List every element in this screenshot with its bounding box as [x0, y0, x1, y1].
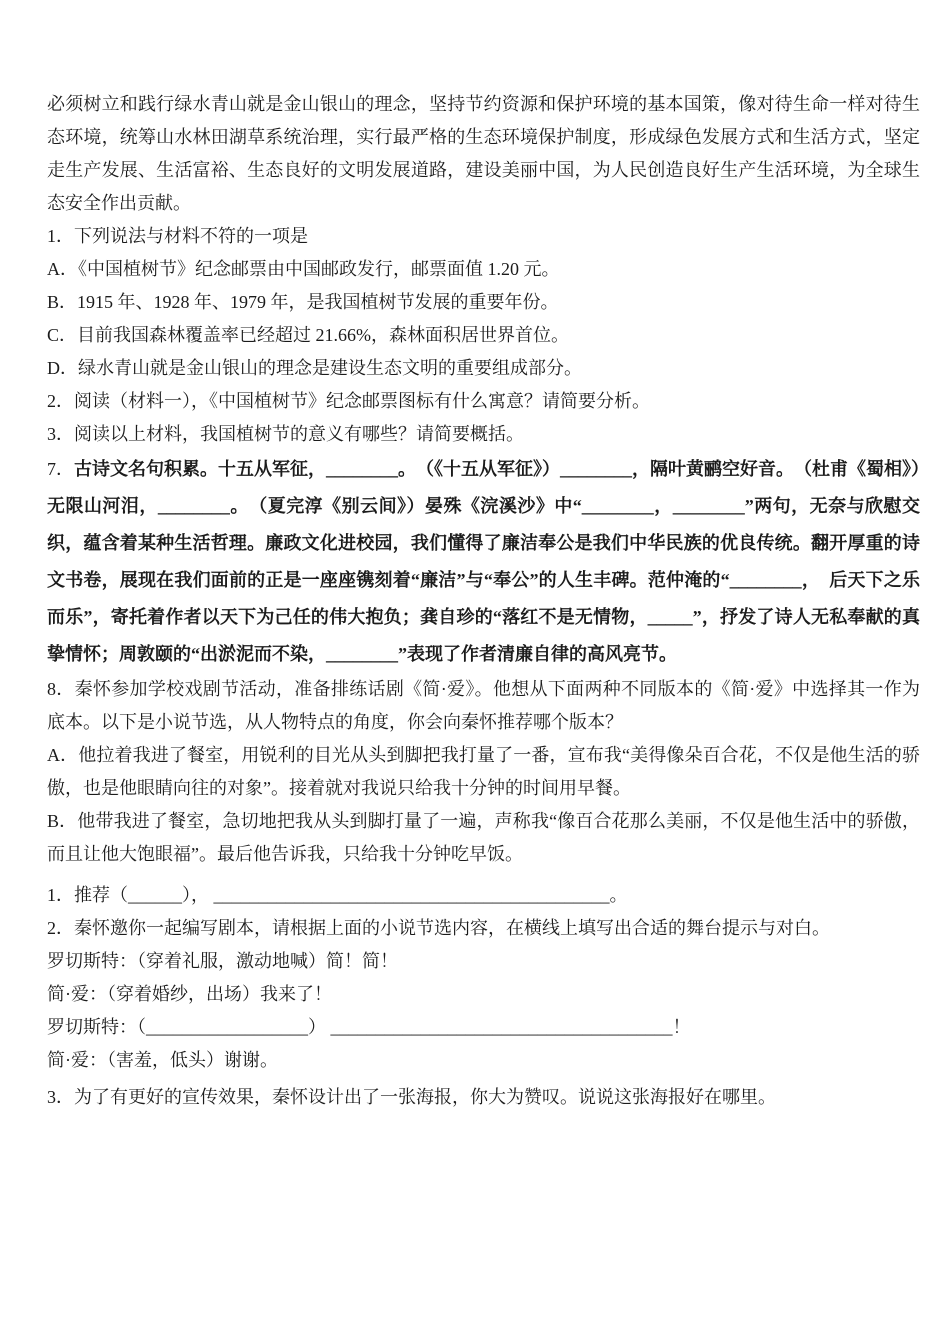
q8-version-b: B．他带我进了餐室，急切地把我从头到脚打量了一遍，声称我“像百合花那么美丽，不仅… — [47, 805, 920, 871]
q2-stem: 2．阅读（材料一），《中国植树节》纪念邮票图标有什么寓意？请简要分析。 — [47, 385, 920, 418]
script-line-jane-2: 简·爱：（害羞，低头）谢谢。 — [47, 1044, 920, 1077]
material-continuation-paragraph: 必须树立和践行绿水青山就是金山银山的理念，坚持节约资源和保护环境的基本国策，像对… — [47, 88, 920, 220]
script-line-jane-1: 简·爱：（穿着婚纱，出场）我来了！ — [47, 978, 920, 1011]
q7-number: 7． — [47, 459, 74, 479]
q1-option-d: D．绿水青山就是金山银山的理念是建设生态文明的重要组成部分。 — [47, 352, 920, 385]
q7-text: 古诗文名句积累。十五从军征，________。 （《十五从军征》）_______… — [47, 459, 920, 664]
q1-stem: 1．下列说法与材料不符的一项是 — [47, 220, 920, 253]
q1-option-b: B．1915 年、1928 年、1979 年，是我国植树节发展的重要年份。 — [47, 286, 920, 319]
q3-stem: 3．阅读以上材料，我国植树节的意义有哪些？请简要概括。 — [47, 418, 920, 451]
q8-sub2: 2．秦怀邀你一起编写剧本，请根据上面的小说节选内容，在横线上填写出合适的舞台提示… — [47, 912, 920, 945]
q8-stem: 8．秦怀参加学校戏剧节活动，准备排练话剧《简·爱》。他想从下面两种不同版本的《简… — [47, 673, 920, 739]
q8-version-a: A．他拉着我进了餐室，用锐利的目光从头到脚把我打量了一番，宣布我“美得像朵百合花… — [47, 739, 920, 805]
q1-option-a: A．《中国植树节》纪念邮票由中国邮政发行，邮票面值 1.20 元。 — [47, 253, 920, 286]
q8-sub1: 1．推荐（______）， __________________________… — [47, 879, 920, 912]
exam-document-page: 必须树立和践行绿水青山就是金山银山的理念，坚持节约资源和保护环境的基本国策，像对… — [0, 0, 950, 1344]
script-line-rochester-2: 罗切斯特：（__________________） ______________… — [47, 1011, 920, 1044]
script-line-rochester-1: 罗切斯特：（穿着礼服，激动地喊）简！简！ — [47, 945, 920, 978]
q1-option-c: C．目前我国森林覆盖率已经超过 21.66%，森林面积居世界首位。 — [47, 319, 920, 352]
q7-stem: 7．古诗文名句积累。十五从军征，________。 （《十五从军征》）_____… — [47, 451, 920, 673]
q8-sub3: 3．为了有更好的宣传效果，秦怀设计出了一张海报，你大为赞叹。说说这张海报好在哪里… — [47, 1081, 920, 1114]
